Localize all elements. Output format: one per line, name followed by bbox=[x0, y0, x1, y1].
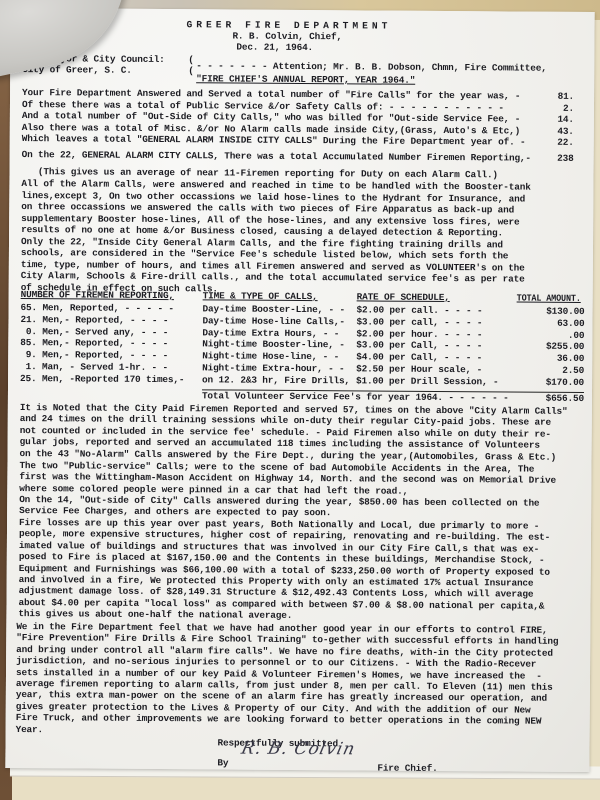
report-title: "FIRE CHIEF'S ANNUAL REPORT, YEAR 1964." bbox=[196, 73, 415, 86]
fee-row-type: Day-time Hose-line Calls,- bbox=[202, 315, 344, 327]
fee-row-firemen: 21. Men,- Reported, - - - - bbox=[20, 314, 168, 326]
fee-row-firemen: 9. Men,- Reported, - - - - bbox=[20, 349, 168, 361]
summary-line: On the 22, GENERAL ALARM CITY CALLS, The… bbox=[22, 149, 531, 164]
fee-row-type: Night-time Extra-hour, - - bbox=[202, 362, 344, 374]
fee-row-amount: 63.00 bbox=[518, 317, 584, 329]
col-header-amount: TOTAL AMOUNT. bbox=[517, 293, 581, 305]
fee-row-type: Day-time Booster-Line, - - bbox=[203, 303, 345, 315]
fee-row-rate: $1.00 per Drill Session, - bbox=[356, 375, 498, 387]
fee-row-rate: $3.00 per Call, - - - - bbox=[356, 340, 482, 352]
attention-line: - - - - - - - Attention; Mr. B. B. Dobso… bbox=[196, 60, 547, 74]
fee-row-rate: $2.50 per Hour scale, - bbox=[356, 363, 482, 375]
summary-value: 2. bbox=[540, 102, 574, 113]
paragraph-line: Fire Truck, and other improvements we ar… bbox=[16, 712, 542, 727]
signature-by: By bbox=[217, 757, 228, 768]
fee-row-type: Day-time Extra Hours, - - bbox=[202, 327, 339, 339]
fee-row-amount: $130.00 bbox=[519, 306, 585, 318]
summary-value: 238 bbox=[540, 153, 574, 164]
fee-row-rate: $2.00 per hour. - - - - bbox=[356, 328, 482, 340]
col-header-firemen: NUMBER OF FIREMEN REPORTING, bbox=[21, 289, 174, 301]
fee-row-firemen: 65. Men, Reported, - - - - - bbox=[21, 302, 174, 314]
fee-row-firemen: 85. Men,- Reported, - - - - bbox=[20, 337, 168, 349]
total-amount: $656.50 bbox=[518, 393, 584, 405]
col-header-rate: RATE OF SCHEDULE, bbox=[357, 291, 450, 303]
fee-row-type: Night-time Booster-line, - bbox=[202, 339, 344, 351]
fee-row-rate: $4.00 per Call, - - - - bbox=[356, 352, 482, 364]
fee-row-amount: 36.00 bbox=[518, 353, 584, 365]
fee-row-amount: .00 bbox=[518, 329, 584, 341]
fee-row-rate: $2.00 per call. - - - - bbox=[357, 304, 483, 316]
summary-value: 14. bbox=[540, 114, 574, 125]
summary-value: 22. bbox=[540, 137, 574, 148]
fee-row-firemen: 25. Men, -Reported 170 times,- bbox=[20, 373, 184, 385]
handwritten-signature: R. B. Colvin bbox=[240, 744, 356, 756]
signer-title: Fire Chief. bbox=[377, 763, 437, 775]
summary-value: 43. bbox=[540, 125, 574, 136]
report-page: GREER FIRE DEPARTMENT R. B. Colvin, Chie… bbox=[5, 8, 594, 772]
report-date: Dec. 21, 1964. bbox=[236, 42, 313, 54]
fee-row-amount: $170.00 bbox=[518, 376, 584, 388]
paragraph-line: Year. bbox=[16, 724, 43, 735]
fee-row-amount: 2.50 bbox=[518, 365, 584, 377]
col-header-type: TIME & TYPE OF CALLS, bbox=[203, 290, 318, 302]
fee-row-amount: $255.00 bbox=[518, 341, 584, 353]
summary-line: Which leaves a total "GENERAL ALARM INSI… bbox=[22, 133, 526, 148]
total-label: Total Volunteer Service Fee's for year 1… bbox=[202, 390, 509, 403]
fee-row-firemen: 0. Men,- Served any, - - - bbox=[20, 326, 168, 338]
fee-row-firemen: 1. Man, - Served 1-hr. - - bbox=[20, 361, 168, 373]
fee-row-type: Night-time Hose-line, - - bbox=[202, 351, 339, 363]
paren-1: ( bbox=[188, 54, 194, 65]
fee-row-rate: $3.00 per call, - - - - bbox=[356, 316, 482, 328]
paren-2: ( bbox=[188, 65, 194, 76]
paragraph-line: this gives us about one-half the nationa… bbox=[18, 608, 292, 621]
summary-value: 81. bbox=[540, 91, 574, 102]
fee-row-type: on 12. 2&3 hr, Fire Drills, bbox=[202, 374, 350, 386]
